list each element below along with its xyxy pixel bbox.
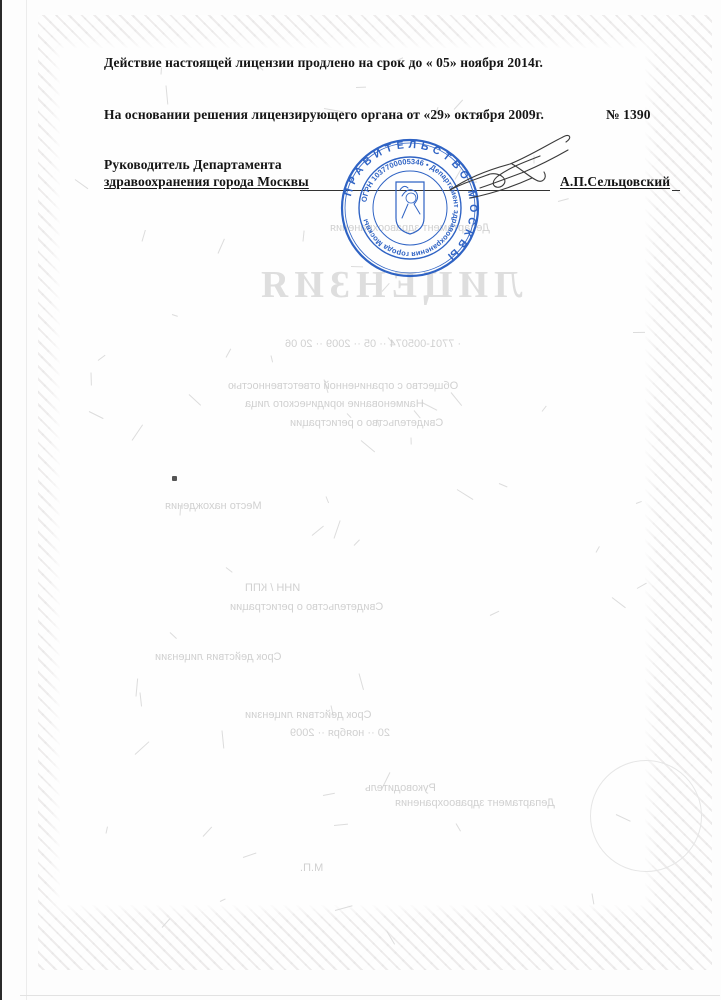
signatory-title-line1: Руководитель Департамента	[104, 157, 282, 173]
document-page: Департамент здравоохранения ЛИЦЕНЗИЯ · 7…	[0, 0, 721, 1000]
decision-basis-text: На основании решения лицензирующего орга…	[104, 107, 544, 122]
bleed-through-line: 20 ·· ноября ·· 2009	[290, 727, 390, 739]
bleed-through-stamp	[590, 760, 702, 872]
license-extension-text: Действие настоящей лицензии продлено на …	[104, 55, 543, 71]
signatory-department: здравоохранения города Москвы	[104, 174, 309, 189]
signatory-underline	[672, 190, 680, 191]
bleed-through-line: Департамент здравоохранения	[395, 797, 555, 809]
bleed-through-line: М.П.	[300, 862, 323, 874]
bleed-through-line: Наименование юридического лица	[245, 398, 424, 410]
bleed-through-line: Срок действия лицензии	[245, 709, 372, 721]
bleed-through-line: Срок действия лицензии	[155, 651, 282, 663]
bleed-through-line: Свидетельство о регистрации	[230, 601, 383, 613]
signatory-title-line2: здравоохранения города Москвы	[104, 174, 309, 190]
paper-fiber	[356, 86, 366, 87]
page-fold	[26, 0, 27, 1000]
scan-edge	[0, 0, 2, 1000]
bleed-through-line: ИНН / КПП	[245, 582, 300, 594]
ink-speck	[172, 476, 177, 481]
bleed-through-line: Руководитель	[365, 782, 436, 794]
decision-number: № 1390	[606, 107, 651, 123]
handwritten-signature	[440, 128, 580, 208]
decision-basis-line: На основании решения лицензирующего орга…	[104, 107, 544, 123]
bleed-through-line: Общество с ограниченной ответственностью	[228, 380, 458, 392]
bleed-through-line: · 7701-005074 ·· 05 ·· 2009 ·· 20 06	[285, 338, 461, 350]
page-bottom-edge	[20, 995, 720, 996]
bleed-through-line: Место нахождения	[165, 500, 262, 512]
bleed-through-line: Свидетельство о регистрации	[290, 417, 443, 429]
